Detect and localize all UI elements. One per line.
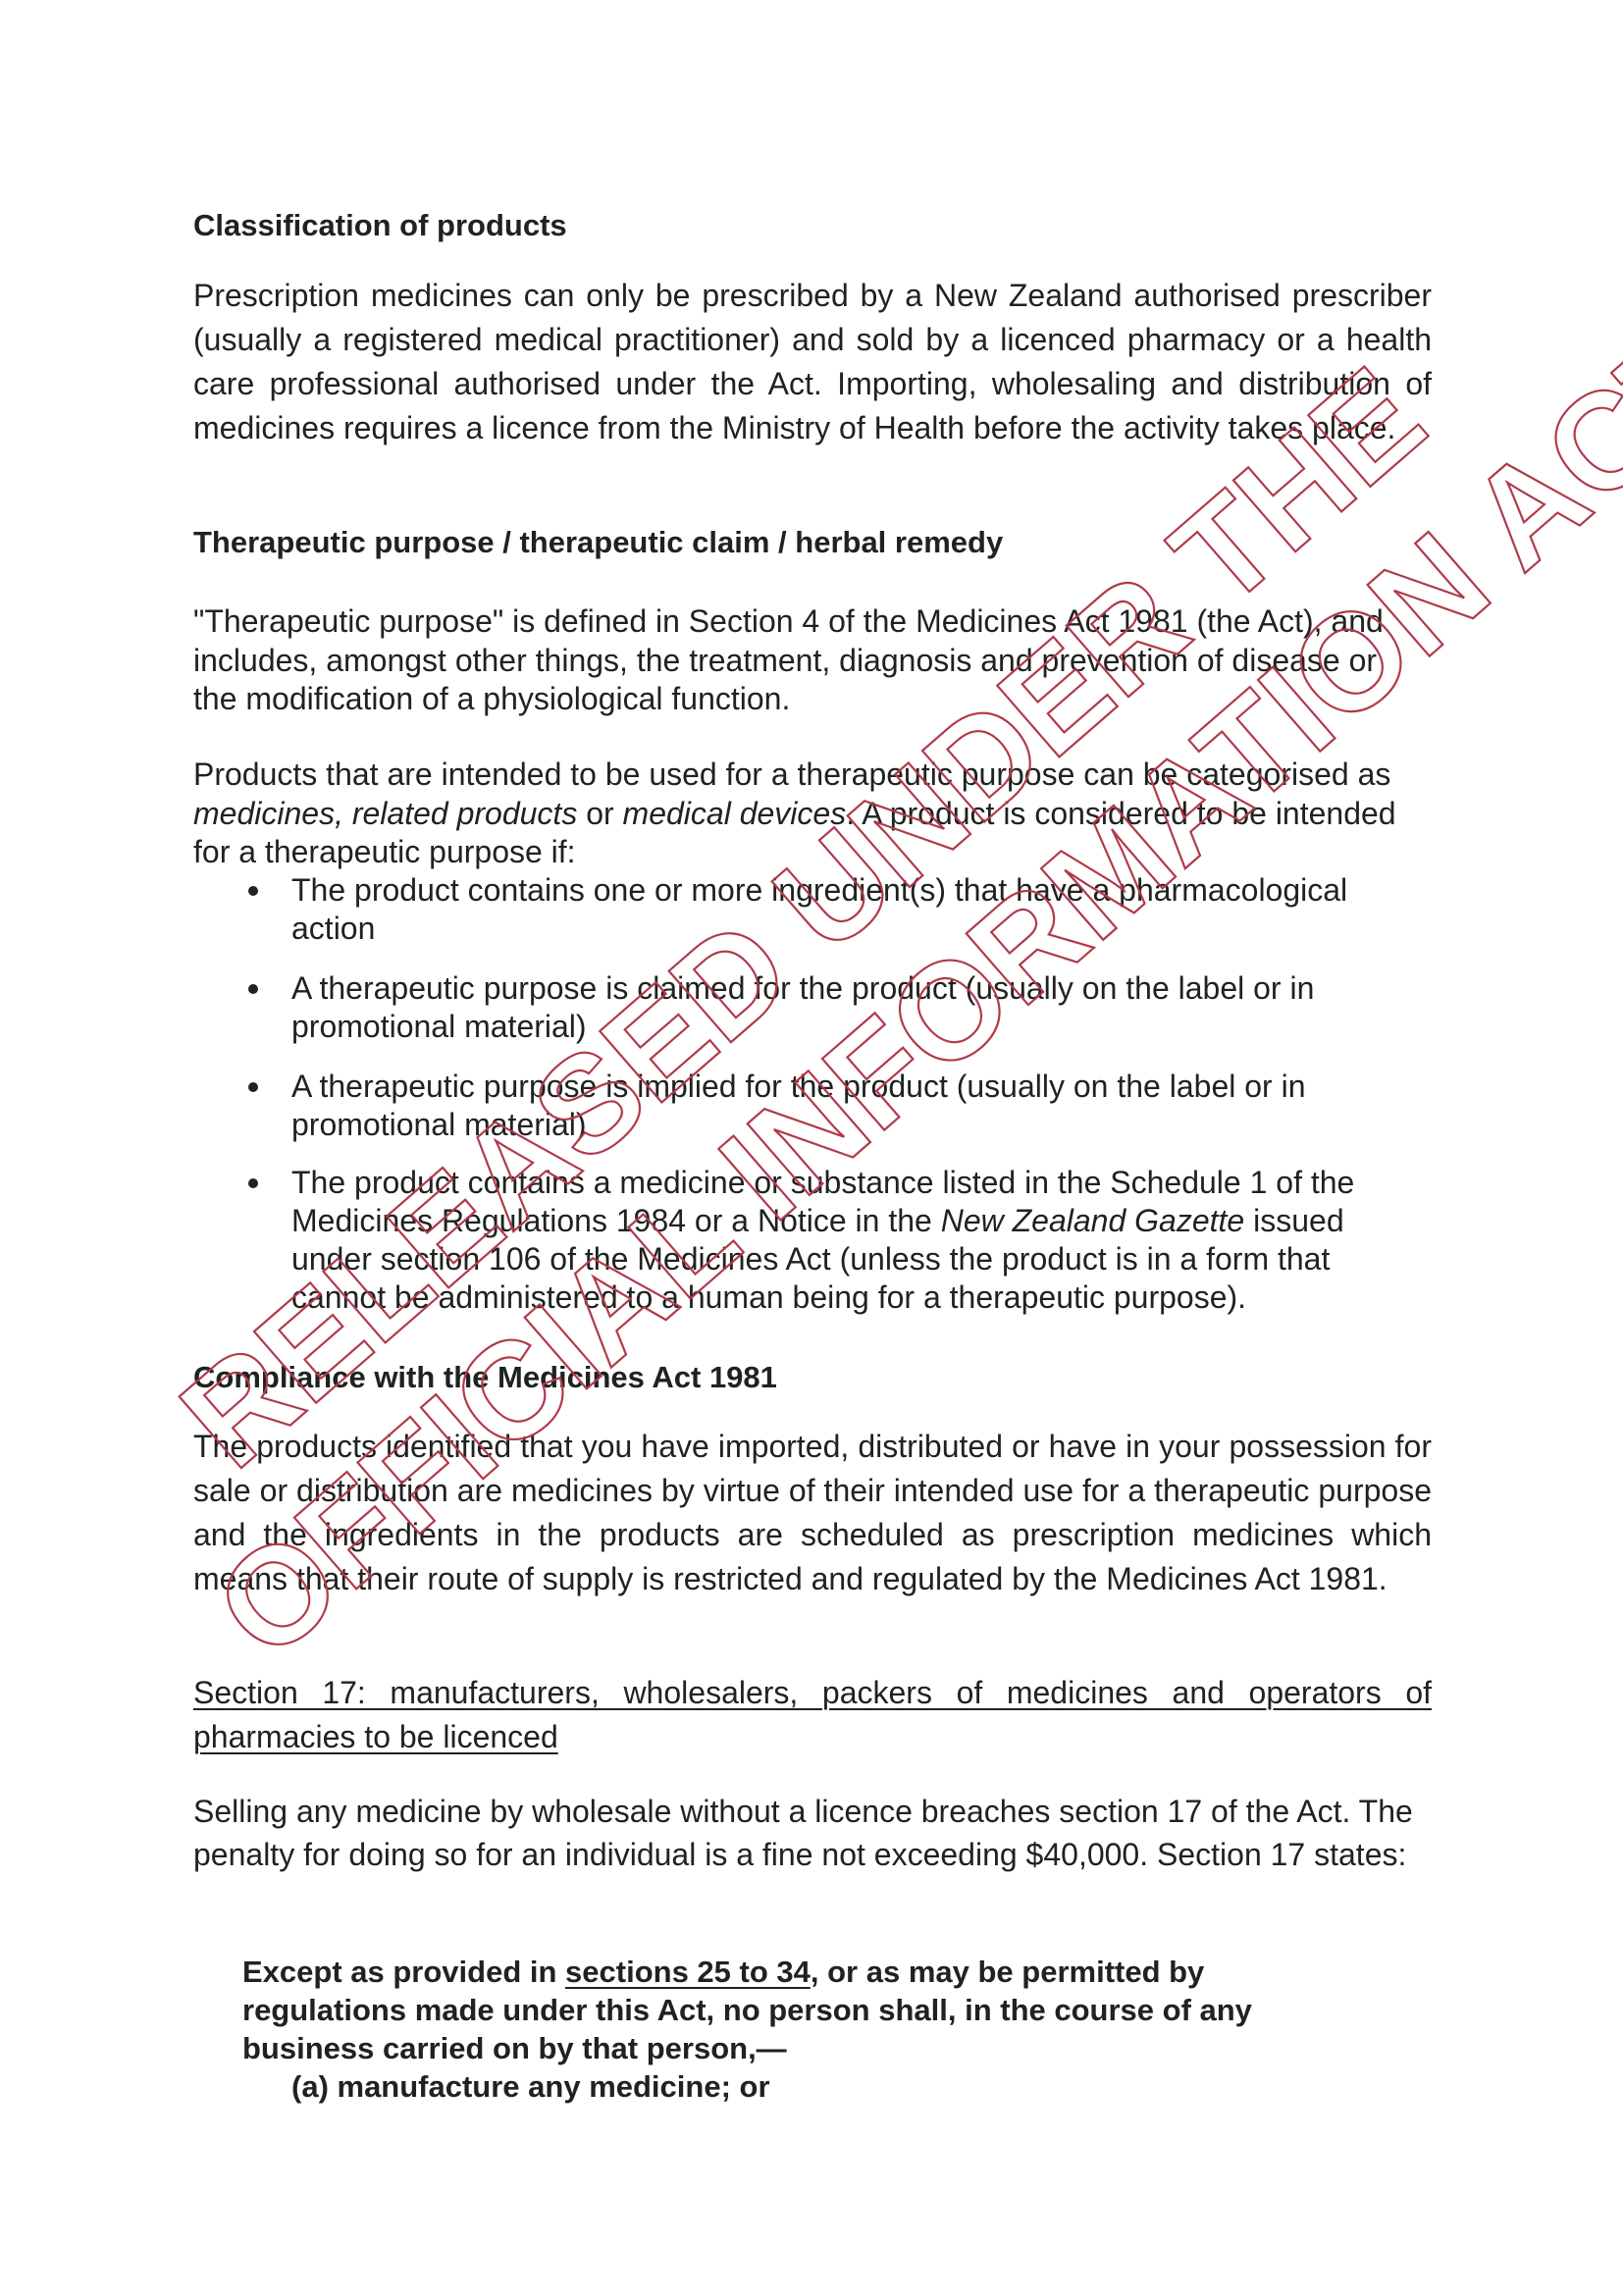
text-part: Products that are intended to be used fo… (193, 757, 1390, 792)
paragraph-therapeutic-definition: "Therapeutic purpose" is defined in Sect… (193, 602, 1410, 719)
list-item-text: A therapeutic purpose is claimed for the… (291, 969, 1390, 1046)
quote-section-17: Except as provided in sections 25 to 34,… (242, 1953, 1371, 2106)
italic-devices: medical devices (623, 796, 847, 831)
link-sections-25-34[interactable]: sections 25 to 34 (565, 1955, 811, 1989)
quote-item-a: (a) manufacture any medicine; or (242, 2067, 1371, 2106)
list-item-text: The product contains one or more ingredi… (291, 871, 1410, 948)
heading-classification: Classification of products (193, 208, 567, 243)
paragraph-section-17: Selling any medicine by wholesale withou… (193, 1790, 1432, 1876)
list-item-text: The product contains a medicine or subst… (291, 1164, 1420, 1317)
paragraph-compliance: The products identified that you have im… (193, 1425, 1432, 1601)
heading-therapeutic: Therapeutic purpose / therapeutic claim … (193, 525, 1003, 560)
bullet-icon (248, 886, 258, 896)
subheading-section-17: Section 17: manufacturers, wholesalers, … (193, 1671, 1432, 1759)
heading-compliance: Compliance with the Medicines Act 1981 (193, 1360, 777, 1395)
list-item-text: A therapeutic purpose is implied for the… (291, 1068, 1390, 1144)
italic-medicines: medicines, related products (193, 796, 577, 831)
italic-gazette: New Zealand Gazette (941, 1203, 1245, 1238)
bullet-icon (248, 1082, 258, 1092)
bullet-icon (248, 984, 258, 994)
paragraph-classification: Prescription medicines can only be presc… (193, 274, 1432, 450)
text-part: or (577, 796, 622, 831)
text-part: Except as provided in (242, 1955, 565, 1989)
paragraph-therapeutic-categories: Products that are intended to be used fo… (193, 756, 1420, 872)
bullet-icon (248, 1178, 258, 1188)
